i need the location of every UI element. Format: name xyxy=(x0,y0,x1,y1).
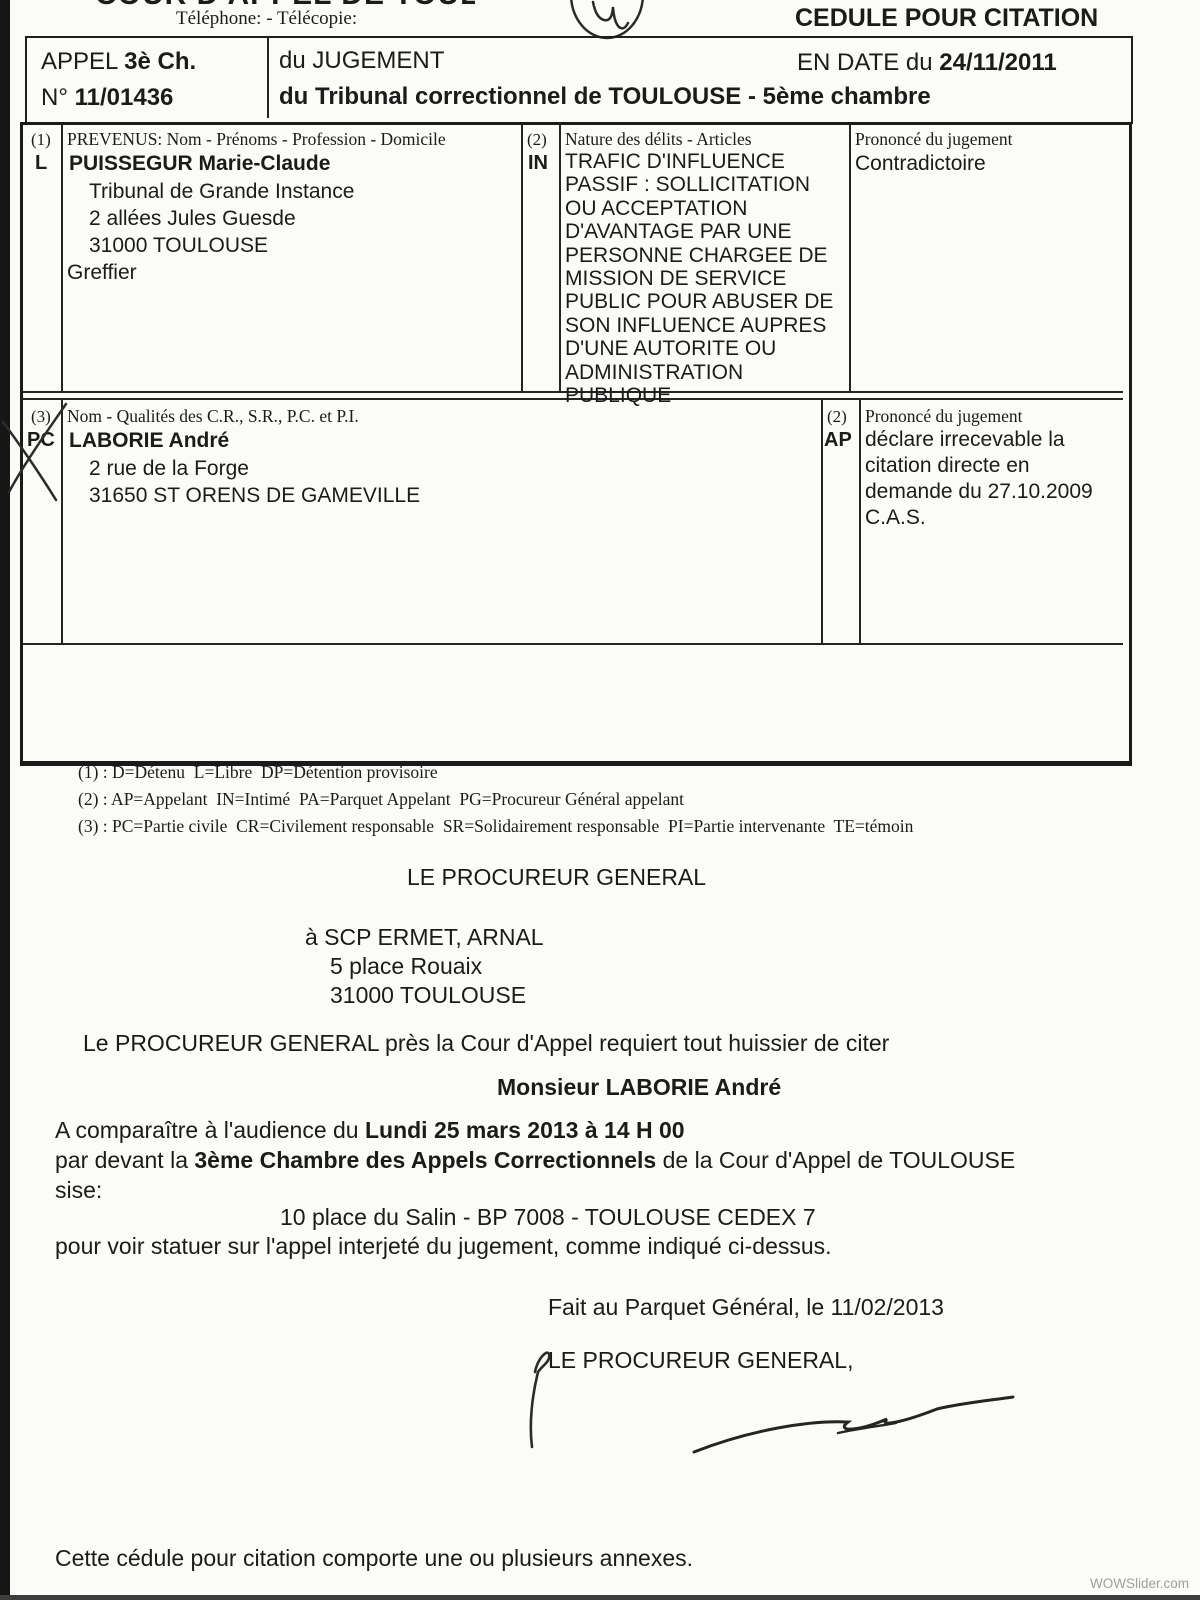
case-table: (1) L PREVENUS: Nom - Prénoms - Professi… xyxy=(20,122,1132,766)
numero-prefix: N° xyxy=(41,84,75,111)
row2-judgment-text: déclare irrecevable la citation directe … xyxy=(865,427,1113,531)
header-divider xyxy=(267,38,269,118)
row-separator xyxy=(23,643,1123,645)
chamber-suffix: de la Cour d'Appel de TOULOUSE xyxy=(656,1147,1015,1173)
watermark: WOWSlider.com xyxy=(1090,1576,1189,1591)
case-number-line: N° 11/01436 xyxy=(41,84,173,112)
hearing-date-line: A comparaître à l'audience du Lundi 25 m… xyxy=(55,1115,685,1145)
row1-party-code: IN xyxy=(528,152,548,175)
addressee-street: 5 place Rouaix xyxy=(330,951,482,981)
row1-col2-header: Nature des délits - Articles xyxy=(565,129,752,150)
appel-chamber: 3è Ch. xyxy=(124,48,196,75)
header-box: APPEL 3è Ch. N° 11/01436 du JUGEMENT EN … xyxy=(25,36,1133,124)
partie-civile-name: LABORIE André xyxy=(69,427,229,454)
procureur-general-heading: LE PROCUREUR GENERAL xyxy=(407,862,706,892)
purpose-line: pour voir statuer sur l'appel interjeté … xyxy=(55,1231,832,1261)
prevenu-profession: Greffier xyxy=(67,259,137,286)
appel-chamber-line: APPEL 3è Ch. xyxy=(41,48,196,76)
judgment-date-line: EN DATE du 24/11/2011 xyxy=(797,49,1057,77)
signature-title: LE PROCUREUR GENERAL, xyxy=(548,1345,853,1375)
signature-stroke xyxy=(688,1392,1020,1458)
signature-flourish xyxy=(505,1350,565,1455)
prevenu-name: PUISSEGUR Marie-Claude xyxy=(69,150,330,177)
row1-detention-code: L xyxy=(35,152,47,175)
chamber-name: 3ème Chambre des Appels Correctionnels xyxy=(194,1147,656,1173)
date-prefix: EN DATE du xyxy=(797,49,939,76)
column-divider xyxy=(821,400,823,643)
tribunal-line: du Tribunal correctionnel de TOULOUSE - … xyxy=(279,83,931,111)
scanned-document-page: COUR D'APPEL DE TOULOUSE Téléphone: - Té… xyxy=(0,0,1200,1600)
addressee-line: à SCP ERMET, ARNAL xyxy=(305,922,544,952)
annexes-footer-line: Cette cédule pour citation comporte une … xyxy=(55,1543,693,1573)
cited-person-name: Monsieur LABORIE André xyxy=(497,1072,781,1102)
chamber-prefix: par devant la xyxy=(55,1147,194,1173)
partie-civile-address-line: 2 rue de la Forge xyxy=(89,455,249,482)
appel-prefix: APPEL xyxy=(41,48,124,75)
prevenu-address-line: 2 allées Jules Guesde xyxy=(89,205,296,232)
row1-judgment-type: Contradictoire xyxy=(855,150,986,177)
sise-line: sise: xyxy=(55,1175,102,1205)
scan-left-edge xyxy=(0,0,10,1600)
prevenu-address-line: 31000 TOULOUSE xyxy=(89,232,268,259)
court-address-line: 10 place du Salin - BP 7008 - TOULOUSE C… xyxy=(280,1202,816,1232)
case-number: 11/01436 xyxy=(75,84,174,111)
column-divider xyxy=(849,125,851,391)
partie-civile-address-line: 31650 ST ORENS DE GAMEVILLE xyxy=(89,482,420,509)
judgment-date: 24/11/2011 xyxy=(939,49,1056,76)
addressee-city: 31000 TOULOUSE xyxy=(330,980,526,1010)
legend-line-3: (3) : PC=Partie civile CR=Civilement res… xyxy=(78,816,913,837)
column-divider xyxy=(559,125,561,391)
column-divider xyxy=(61,125,63,391)
phone-fax-line: Téléphone: - Télécopie: xyxy=(176,8,357,30)
prevenu-address-line: Tribunal de Grande Instance xyxy=(89,178,354,205)
row1-code2-ref: (2) xyxy=(527,130,547,150)
row2-appeal-code: AP xyxy=(824,429,852,452)
offense-description: TRAFIC D'INFLUENCE PASSIF : SOLLICITATIO… xyxy=(565,150,843,407)
row2-col2-header: Prononcé du jugement xyxy=(865,406,1022,427)
row1-code-ref: (1) xyxy=(31,130,51,150)
handwritten-x-mark xyxy=(0,398,78,506)
legend-line-2: (2) : AP=Appelant IN=Intimé PA=Parquet A… xyxy=(78,789,684,810)
document-title: CEDULE POUR CITATION xyxy=(795,4,1098,33)
row2-col1-header: Nom - Qualités des C.R., S.R., P.C. et P… xyxy=(67,406,359,427)
row2-code2-ref: (2) xyxy=(827,407,847,427)
hearing-date-value: Lundi 25 mars 2013 à 14 H 00 xyxy=(365,1117,685,1143)
issued-at-line: Fait au Parquet Général, le 11/02/2013 xyxy=(548,1292,944,1322)
row1-col1-header: PREVENUS: Nom - Prénoms - Profession - D… xyxy=(67,129,446,150)
requisition-line: Le PROCUREUR GENERAL près la Cour d'Appe… xyxy=(83,1028,889,1058)
scan-bottom-edge xyxy=(0,1595,1200,1600)
hearing-date-prefix: A comparaître à l'audience du xyxy=(55,1117,365,1143)
jugement-line: du JUGEMENT xyxy=(279,47,444,75)
chamber-line: par devant la 3ème Chambre des Appels Co… xyxy=(55,1145,1015,1175)
legend-line-1: (1) : D=Détenu L=Libre DP=Détention prov… xyxy=(78,762,438,783)
row1-col3-header: Prononcé du jugement xyxy=(855,129,1012,150)
column-divider xyxy=(521,125,523,391)
column-divider xyxy=(859,400,861,643)
